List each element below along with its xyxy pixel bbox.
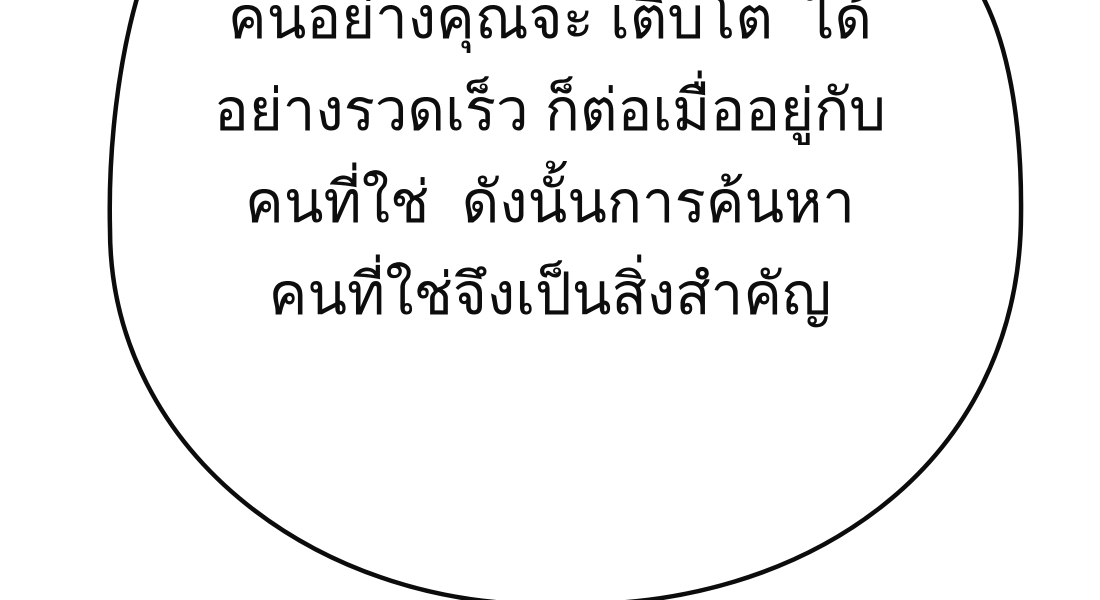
- speech-text-line-3: คนที่ใช่ ดังนั้นการค้นหา: [0, 157, 1100, 249]
- speech-text-line-2: อย่างรวดเร็ว ก็ต่อเมื่ออยู่กับ: [0, 65, 1100, 157]
- speech-text-line-1: คนอย่างคุณจะ เติบโต ได้: [0, 0, 1100, 65]
- speech-text-line-4: คนที่ใช่จึงเป็นสิ่งสำคัญ: [0, 249, 1100, 341]
- comic-panel: คนอย่างคุณจะ เติบโต ได้ อย่างรวดเร็ว ก็ต…: [0, 0, 1100, 600]
- speech-text: คนอย่างคุณจะ เติบโต ได้ อย่างรวดเร็ว ก็ต…: [0, 0, 1100, 341]
